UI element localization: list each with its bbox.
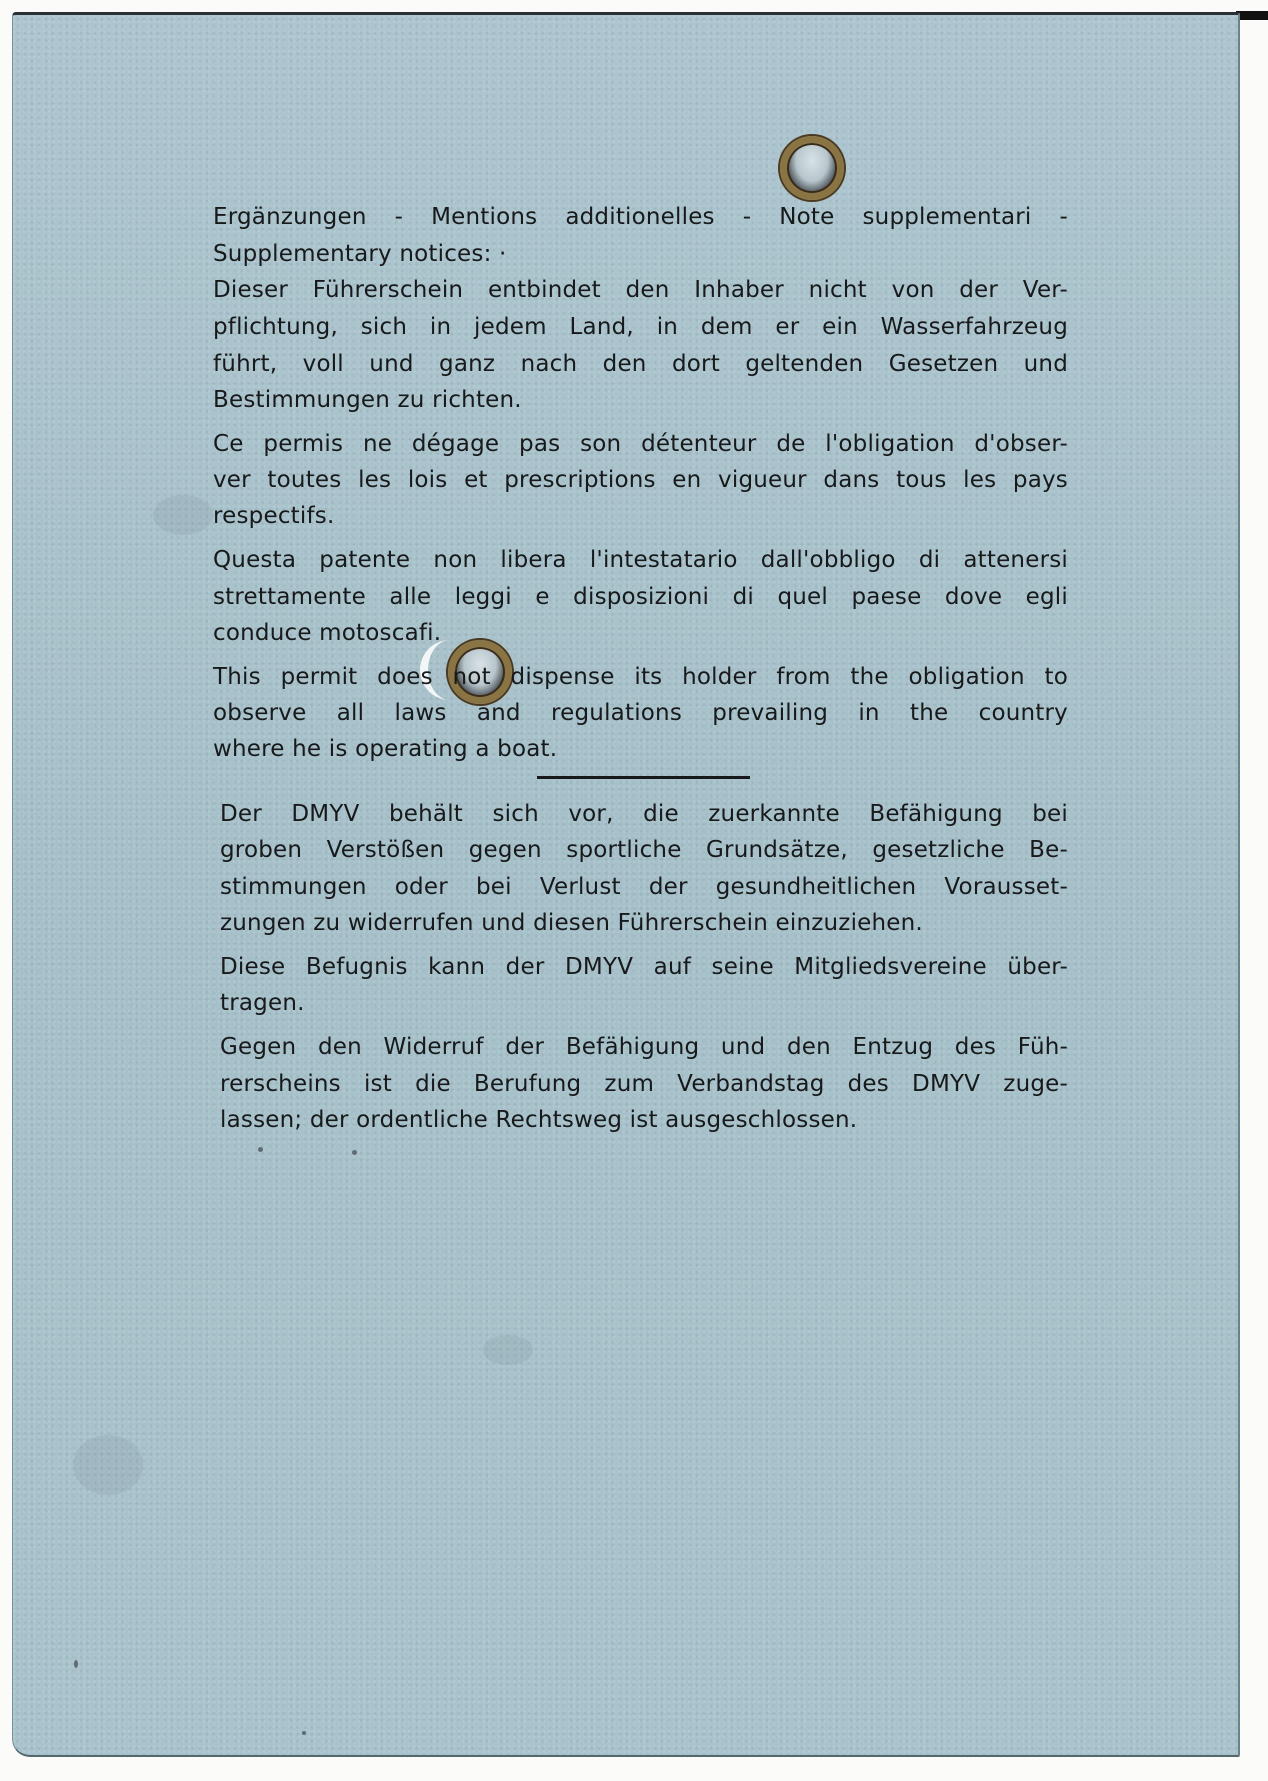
appeal-paragraph-line: lassen; der ordentliche Rechtsweg ist au… <box>220 1106 1068 1134</box>
paragraph-fr-line: respectifs. <box>213 502 1068 530</box>
speck <box>258 1147 263 1152</box>
speck <box>74 1660 78 1668</box>
paragraph-fr-line: ver toutes les lois et prescriptions en … <box>213 466 1068 494</box>
scan-edge-strip <box>1236 11 1268 20</box>
revocation-paragraph-line: stimmungen oder bei Verlust der gesundhe… <box>220 873 1068 901</box>
stain <box>73 1435 143 1495</box>
paragraph-en-line: where he is operating a boat. <box>213 735 1068 763</box>
paragraph-fr-line: Ce permis ne dégage pas son détenteur de… <box>213 430 1068 458</box>
paragraph-de-line: pflichtung, sich in jedem Land, in dem e… <box>213 313 1068 341</box>
revocation-paragraph-line: groben Verstößen gegen sportliche Grunds… <box>220 836 1068 864</box>
paragraph-it-line: conduce motoscafi. <box>213 619 1068 647</box>
paragraph-de-line: Bestimmungen zu richten. <box>213 386 1068 414</box>
paragraph-en-line: observe all laws and regulations prevail… <box>213 699 1068 727</box>
stain <box>483 1335 533 1365</box>
speck <box>302 1731 306 1735</box>
paragraph-de-line: führt, voll und ganz nach den dort gelte… <box>213 350 1068 378</box>
delegation-paragraph-line: Diese Befugnis kann der DMYV auf seine M… <box>220 953 1068 981</box>
section-divider <box>537 776 750 779</box>
appeal-paragraph-line: Gegen den Widerruf der Befähigung und de… <box>220 1033 1068 1061</box>
revocation-paragraph-line: zungen zu widerrufen und diesen Führersc… <box>220 909 1068 937</box>
appeal-paragraph-line: rerscheins ist die Berufung zum Verbands… <box>220 1070 1068 1098</box>
paragraph-it-line: strettamente alle leggi e disposizioni d… <box>213 583 1068 611</box>
speck <box>352 1150 357 1155</box>
header-line: Ergänzungen - Mentions additionelles - N… <box>213 203 1068 231</box>
paragraph-it-line: Questa patente non libera l'intestatario… <box>213 546 1068 574</box>
revocation-paragraph-line: Der DMYV behält sich vor, die zuerkannte… <box>220 800 1068 828</box>
stain <box>153 495 213 535</box>
grommet-top-icon <box>780 136 844 200</box>
header-line: Supplementary notices: · <box>213 240 1068 268</box>
paragraph-en-line: This permit does not dispense its holder… <box>213 663 1068 691</box>
paragraph-de-line: Dieser Führerschein entbindet den Inhabe… <box>213 276 1068 304</box>
delegation-paragraph-line: tragen. <box>220 989 1068 1017</box>
